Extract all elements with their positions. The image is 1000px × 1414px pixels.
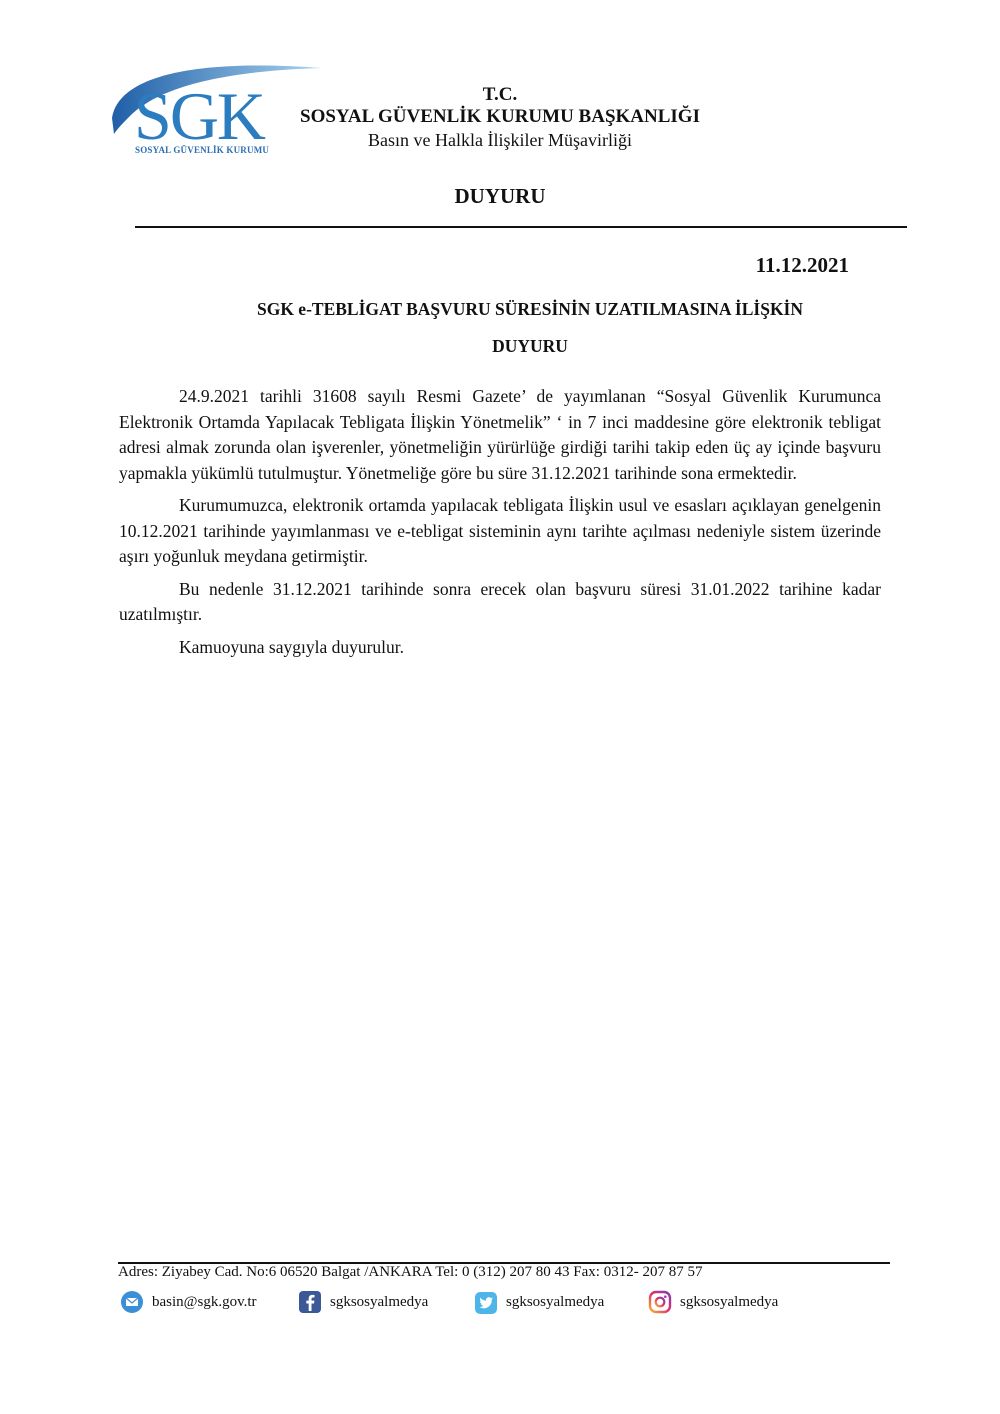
- contact-label: sgksosyalmedya: [506, 1294, 604, 1311]
- footer-contacts: basin@sgk.gov.tr sgksosyalmedya sgksosya…: [120, 1290, 778, 1314]
- document-body: 24.9.2021 tarihli 31608 sayılı Resmi Gaz…: [119, 384, 881, 667]
- header-tc: T.C.: [270, 84, 730, 106]
- contact-email[interactable]: basin@sgk.gov.tr: [120, 1290, 298, 1314]
- paragraph: Bu nedenle 31.12.2021 tarihinde sonra er…: [119, 577, 881, 628]
- paragraph: Kamuoyuna saygıyla duyurulur.: [119, 635, 881, 661]
- header-organization: SOSYAL GÜVENLİK KURUMU BAŞKANLIĞI: [270, 106, 730, 128]
- facebook-icon: [298, 1290, 322, 1314]
- document-title: DUYURU: [0, 184, 1000, 209]
- contact-label: sgksosyalmedya: [680, 1294, 778, 1311]
- footer-address: Adres: Ziyabey Cad. No:6 06520 Balgat /A…: [118, 1264, 702, 1281]
- contact-label: sgksosyalmedya: [330, 1294, 428, 1311]
- document-subject: SGK e-TEBLİGAT BAŞVURU SÜRESİNİN UZATILM…: [160, 291, 900, 365]
- paragraph: Kurumumuzca, elektronik ortamda yapılaca…: [119, 493, 881, 570]
- instagram-icon: [648, 1290, 672, 1314]
- logo-mark: SGK: [134, 82, 264, 150]
- subject-line-2: DUYURU: [160, 328, 900, 365]
- contact-instagram[interactable]: sgksosyalmedya: [648, 1290, 778, 1314]
- contact-label: basin@sgk.gov.tr: [152, 1294, 257, 1311]
- twitter-icon: [474, 1290, 498, 1314]
- header-divider: [135, 226, 907, 228]
- mail-icon: [120, 1290, 144, 1314]
- paragraph: 24.9.2021 tarihli 31608 sayılı Resmi Gaz…: [119, 384, 881, 486]
- header-department: Basın ve Halkla İlişkiler Müşavirliği: [270, 130, 730, 151]
- contact-facebook[interactable]: sgksosyalmedya: [298, 1290, 474, 1314]
- subject-line-1: SGK e-TEBLİGAT BAŞVURU SÜRESİNİN UZATILM…: [160, 291, 900, 328]
- document-date: 11.12.2021: [756, 253, 849, 278]
- contact-twitter[interactable]: sgksosyalmedya: [474, 1290, 648, 1314]
- logo-subtitle: SOSYAL GÜVENLİK KURUMU: [135, 145, 269, 155]
